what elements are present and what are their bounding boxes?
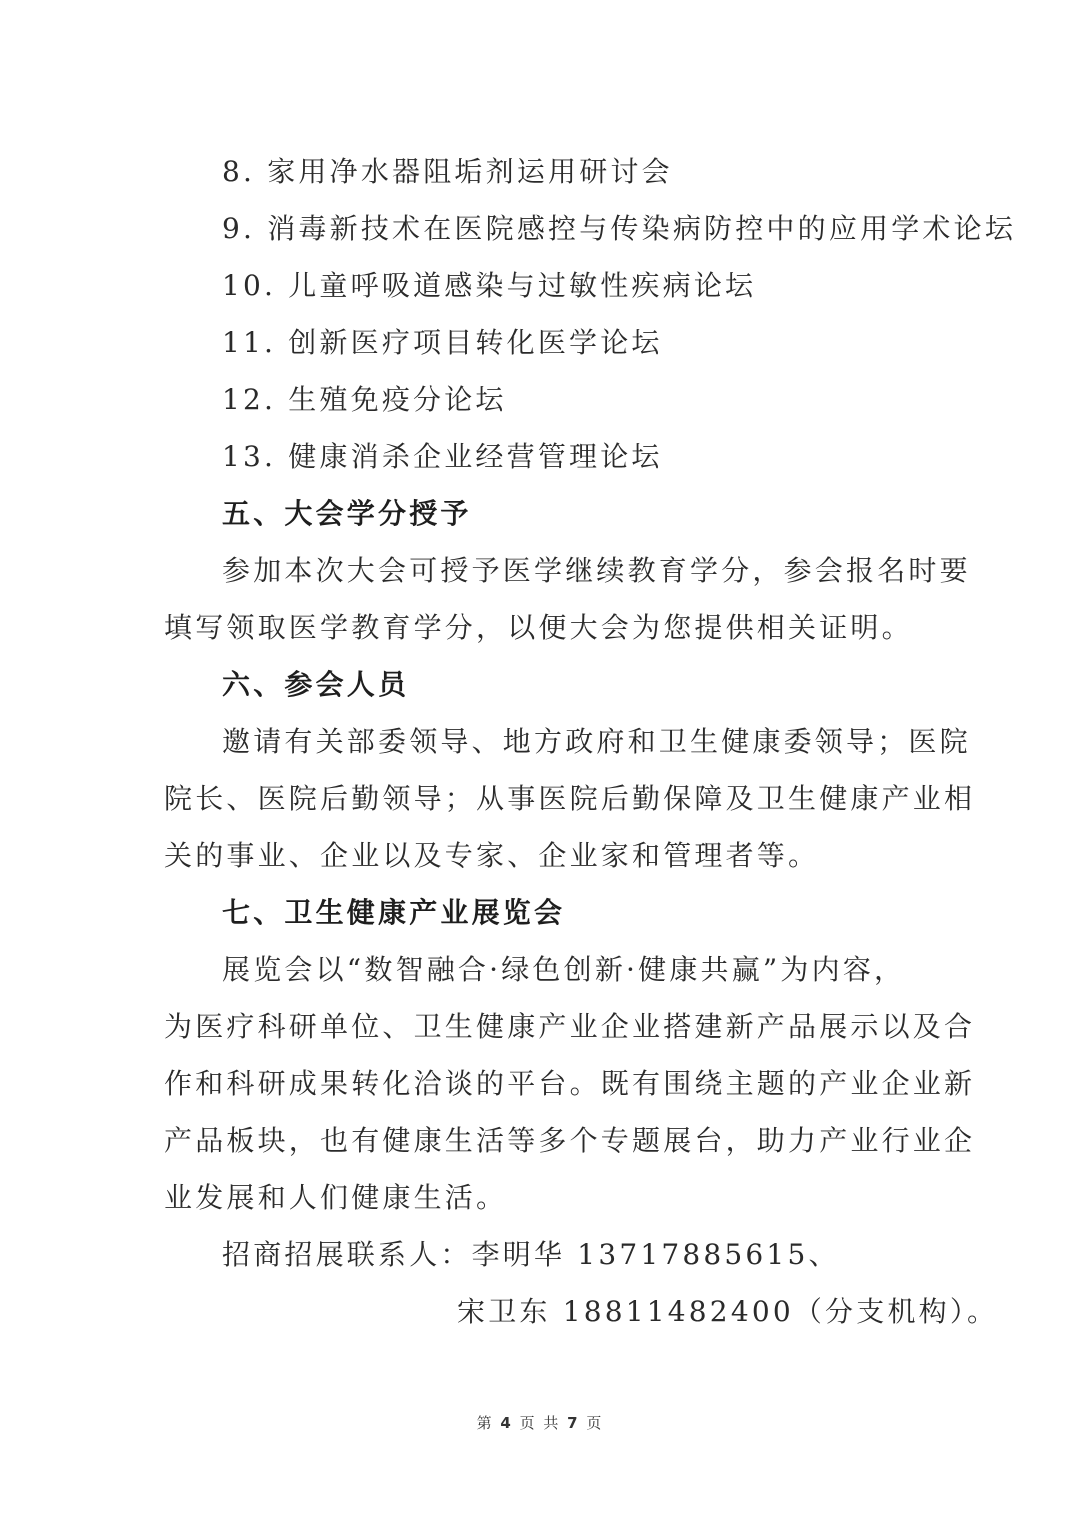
section-5-line-1: 参加本次大会可授予医学继续教育学分，参会报名时要: [222, 551, 971, 591]
section-7-heading: 七、卫生健康产业展览会: [222, 893, 565, 933]
section-7-line-4: 产品板块，也有健康生活等多个专题展台，助力产业行业企: [164, 1121, 975, 1161]
list-item-11: 11. 创新医疗项目转化医学论坛: [222, 323, 663, 363]
section-7-line-2: 为医疗科研单位、卫生健康产业企业搭建新产品展示以及合: [164, 1007, 975, 1047]
section-6-line-3: 关的事业、企业以及专家、企业家和管理者等。: [164, 836, 819, 876]
footer-prefix: 第: [477, 1414, 494, 1432]
section-5-line-2: 填写领取医学教育学分，以便大会为您提供相关证明。: [164, 608, 913, 648]
page-footer: 第 4 页 共 7 页: [0, 1412, 1080, 1433]
footer-middle: 页 共: [520, 1414, 561, 1432]
list-item-12: 12. 生殖免疫分论坛: [222, 380, 507, 420]
section-6-heading: 六、参会人员: [222, 665, 409, 705]
list-item-13: 13. 健康消杀企业经营管理论坛: [222, 437, 663, 477]
page-total: 7: [567, 1414, 579, 1432]
section-7-line-5: 业发展和人们健康生活。: [164, 1178, 507, 1218]
list-item-10: 10. 儿童呼吸道感染与过敏性疾病论坛: [222, 266, 756, 306]
contact-line-1: 招商招展联系人：李明华 13717885615、: [222, 1235, 840, 1275]
section-6-line-2: 院长、医院后勤领导；从事医院后勤保障及卫生健康产业相: [164, 779, 975, 819]
section-6-line-1: 邀请有关部委领导、地方政府和卫生健康委领导；医院: [222, 722, 971, 762]
section-7-line-1: 展览会以“数智融合·绿色创新·健康共赢”为内容，: [222, 950, 905, 990]
section-5-heading: 五、大会学分授予: [222, 494, 472, 534]
contact-line-2: 宋卫东 18811482400（分支机构）。: [457, 1292, 998, 1332]
list-item-9: 9. 消毒新技术在医院感控与传染病防控中的应用学术论坛: [222, 209, 1016, 249]
footer-suffix: 页: [586, 1414, 603, 1432]
list-item-8: 8. 家用净水器阻垢剂运用研讨会: [222, 152, 673, 192]
section-7-line-3: 作和科研成果转化洽谈的平台。既有围绕主题的产业企业新: [164, 1064, 975, 1104]
page-number: 4: [500, 1414, 512, 1432]
